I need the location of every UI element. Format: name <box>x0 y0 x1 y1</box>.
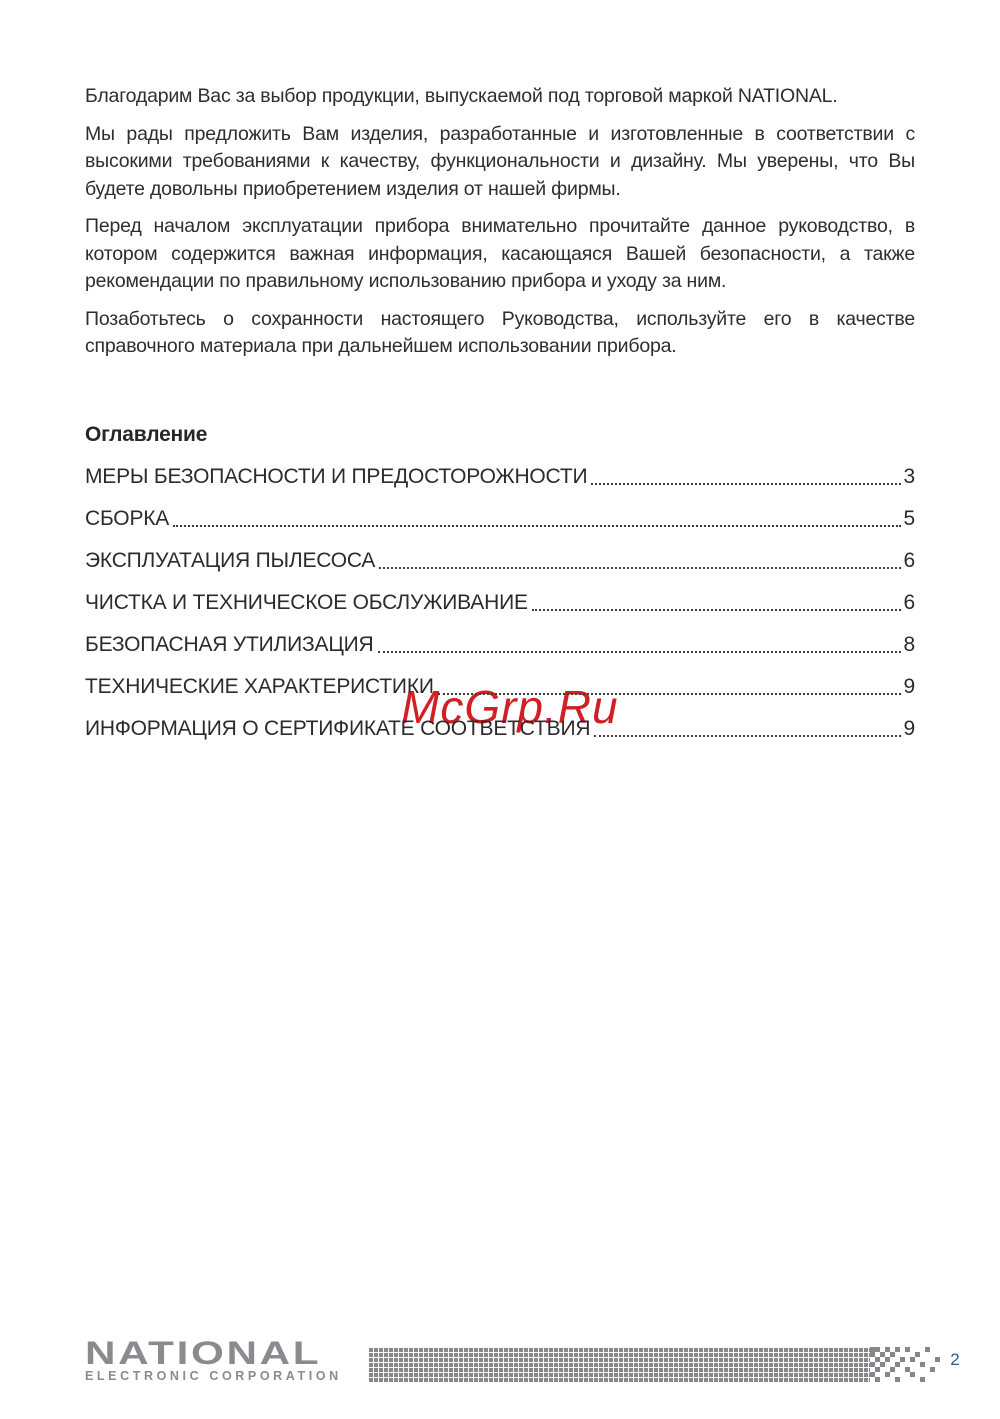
halftone-band-decoration <box>368 1347 870 1382</box>
intro-paragraph: Перед началом эксплуатации прибора внима… <box>85 213 915 296</box>
toc-entry-label: МЕРЫ БЕЗОПАСНОСТИ И ПРЕДОСТОРОЖНОСТИ <box>85 465 587 489</box>
national-logo: NATIONAL ELECTRONIC CORPORATION <box>85 1338 342 1383</box>
toc-dot-leader <box>532 609 901 611</box>
toc-dot-leader <box>591 483 900 485</box>
halftone-pixel <box>870 1347 875 1352</box>
page-content: Благодарим Вас за выбор продукции, выпус… <box>0 0 1000 741</box>
toc-entry-page: 5 <box>904 507 915 531</box>
intro-paragraph: Благодарим Вас за выбор продукции, выпус… <box>85 83 915 111</box>
halftone-band-dissolve <box>870 1347 945 1382</box>
page-number: 2 <box>944 1350 966 1370</box>
toc-entry-page: 8 <box>904 633 915 657</box>
toc-entry: ЧИСТКА И ТЕХНИЧЕСКОЕ ОБСЛУЖИВАНИЕ 6 <box>85 591 915 615</box>
toc-heading: Оглавление <box>85 423 915 447</box>
intro-paragraph: Позаботьтесь о сохранности настоящего Ру… <box>85 306 915 361</box>
toc-entry: ИНФОРМАЦИЯ О СЕРТИФИКАТЕ СООТВЕТСТВИЯ 9 <box>85 717 915 741</box>
toc-dot-leader <box>379 567 900 569</box>
toc-entry-label: БЕЗОПАСНАЯ УТИЛИЗАЦИЯ <box>85 633 374 657</box>
logo-wordmark: NATIONAL <box>85 1338 321 1368</box>
toc-entry-label: СБОРКА <box>85 507 169 531</box>
intro-paragraph: Мы рады предложить Вам изделия, разработ… <box>85 121 915 204</box>
toc-entry-page: 9 <box>904 675 915 699</box>
toc-dot-leader <box>438 693 901 695</box>
toc-entry-page: 6 <box>904 549 915 573</box>
toc-entry: ТЕХНИЧЕСКИЕ ХАРАКТЕРИСТИКИ 9 <box>85 675 915 699</box>
table-of-contents: МЕРЫ БЕЗОПАСНОСТИ И ПРЕДОСТОРОЖНОСТИ 3 С… <box>85 465 915 741</box>
toc-dot-leader <box>378 651 901 653</box>
toc-entry: МЕРЫ БЕЗОПАСНОСТИ И ПРЕДОСТОРОЖНОСТИ 3 <box>85 465 915 489</box>
toc-entry: БЕЗОПАСНАЯ УТИЛИЗАЦИЯ 8 <box>85 633 915 657</box>
toc-entry-label: ЭКСПЛУАТАЦИЯ ПЫЛЕСОСА <box>85 549 375 573</box>
toc-dot-leader <box>594 735 900 737</box>
toc-entry: СБОРКА 5 <box>85 507 915 531</box>
logo-subtitle: ELECTRONIC CORPORATION <box>85 1370 342 1383</box>
toc-entry-label: ТЕХНИЧЕСКИЕ ХАРАКТЕРИСТИКИ <box>85 675 434 699</box>
toc-entry-page: 9 <box>904 717 915 741</box>
document-page: McGrp.Ru Благодарим Вас за выбор продукц… <box>0 0 1000 1419</box>
toc-entry-label: ИНФОРМАЦИЯ О СЕРТИФИКАТЕ СООТВЕТСТВИЯ <box>85 717 590 741</box>
toc-dot-leader <box>173 525 900 527</box>
toc-entry: ЭКСПЛУАТАЦИЯ ПЫЛЕСОСА 6 <box>85 549 915 573</box>
toc-entry-label: ЧИСТКА И ТЕХНИЧЕСКОЕ ОБСЛУЖИВАНИЕ <box>85 591 528 615</box>
intro-section: Благодарим Вас за выбор продукции, выпус… <box>85 83 915 361</box>
toc-entry-page: 3 <box>904 465 915 489</box>
toc-entry-page: 6 <box>904 591 915 615</box>
